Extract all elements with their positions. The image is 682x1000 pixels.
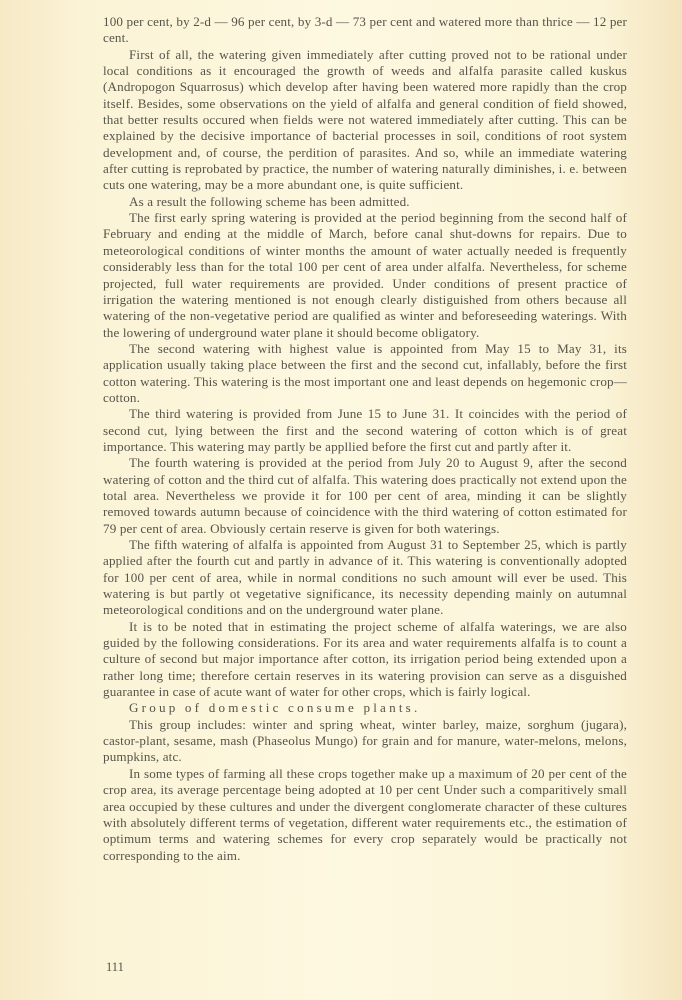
paragraph-third-watering: The third watering is provided from June…	[103, 406, 627, 455]
section-heading-domestic-plants: Group of domestic consume plants.	[103, 700, 627, 716]
paragraph-scheme-intro: As a result the following scheme has bee…	[103, 194, 627, 210]
paragraph-fifth-watering: The fifth watering of alfalfa is appoint…	[103, 537, 627, 619]
paragraph-second-watering: The second watering with highest value i…	[103, 341, 627, 406]
paragraph-considerations: It is to be noted that in estimating the…	[103, 619, 627, 701]
page-body: 100 per cent, by 2-d — 96 per cent, by 3…	[103, 14, 627, 864]
page-number: 111	[106, 960, 124, 975]
paragraph-group-includes: This group includes: winter and spring w…	[103, 717, 627, 766]
paragraph-continuation: 100 per cent, by 2-d — 96 per cent, by 3…	[103, 14, 627, 47]
paragraph-first-watering: The first early spring watering is provi…	[103, 210, 627, 341]
paragraph-watering-rationale: First of all, the watering given immedia…	[103, 47, 627, 194]
paragraph-fourth-watering: The fourth watering is provided at the p…	[103, 455, 627, 537]
paragraph-farming-types: In some types of farming all these crops…	[103, 766, 627, 864]
